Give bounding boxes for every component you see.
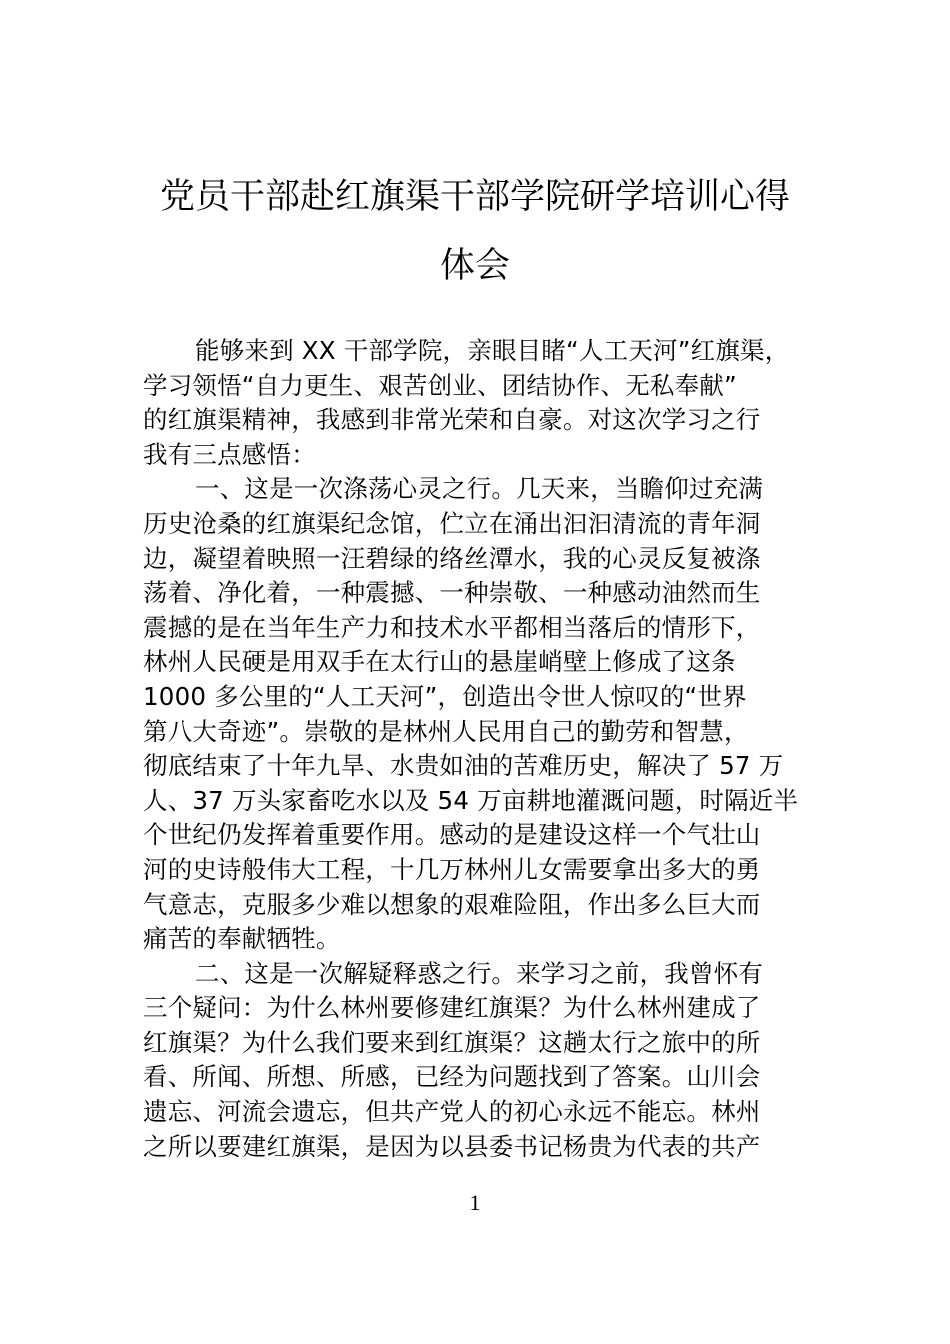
body-text-line: 气意志，克服多少难以想象的艰难险阻，作出多么巨大而 — [143, 888, 823, 923]
body-text-line: 看、所闻、所想、所感，已经为问题找到了答案。山川会 — [143, 1060, 823, 1095]
body-text-line: 历史沧桑的红旗渠纪念馆，伫立在涌出汩汩清流的青年洞 — [143, 507, 823, 542]
page-number: 1 — [0, 1188, 950, 1218]
body-text-line: 荡着、净化着，一种震撼、一种崇敬、一种感动油然而生 — [143, 576, 823, 611]
body-text-line: 边，凝望着映照一汪碧绿的络丝潭水，我的心灵反复被涤 — [143, 542, 823, 577]
body-text-line: 学习领悟“自力更生、艰苦创业、团结协作、无私奉献” — [143, 369, 823, 404]
body-text-line: 人、37 万头家畜吃水以及 54 万亩耕地灌溉问题，时隔近半 — [143, 784, 823, 819]
document-title-line-1: 党员干部赴红旗渠干部学院研学培训心得 — [0, 175, 950, 219]
body-text-line: 林州人民硬是用双手在太行山的悬崖峭壁上修成了这条 — [143, 645, 823, 680]
body-text-line: 三个疑问：为什么林州要修建红旗渠？为什么林州建成了 — [143, 991, 823, 1026]
body-text-line: 二、这是一次解疑释惑之行。来学习之前，我曾怀有 — [143, 957, 823, 992]
body-text-line: 第八大奇迹”。崇敬的是林州人民用自己的勤劳和智慧， — [143, 715, 823, 750]
body-text-line: 1000 多公里的“人工天河”，创造出令世人惊叹的“世界 — [143, 680, 823, 715]
body-text-line: 我有三点感悟： — [143, 438, 823, 473]
document-body: 能够来到 XX 干部学院，亲眼目睹“人工天河”红旗渠，学习领悟“自力更生、艰苦创… — [143, 334, 823, 1164]
document-page: 党员干部赴红旗渠干部学院研学培训心得 体会 能够来到 XX 干部学院，亲眼目睹“… — [0, 0, 950, 1344]
body-text-line: 震撼的是在当年生产力和技术水平都相当落后的情形下， — [143, 611, 823, 646]
body-text-line: 一、这是一次涤荡心灵之行。几天来，当瞻仰过充满 — [143, 472, 823, 507]
body-text-line: 红旗渠？为什么我们要来到红旗渠？这趟太行之旅中的所 — [143, 1026, 823, 1061]
document-title-line-2: 体会 — [0, 244, 950, 288]
body-text-line: 痛苦的奉献牺牲。 — [143, 922, 823, 957]
body-text-line: 能够来到 XX 干部学院，亲眼目睹“人工天河”红旗渠， — [143, 334, 823, 369]
body-text-line: 之所以要建红旗渠，是因为以县委书记杨贵为代表的共产 — [143, 1130, 823, 1165]
body-text-line: 河的史诗般伟大工程，十几万林州儿女需要拿出多大的勇 — [143, 853, 823, 888]
body-text-line: 遗忘、河流会遗忘，但共产党人的初心永远不能忘。林州 — [143, 1095, 823, 1130]
body-text-line: 彻底结束了十年九旱、水贵如油的苦难历史，解决了 57 万 — [143, 749, 823, 784]
body-text-line: 的红旗渠精神，我感到非常光荣和自豪。对这次学习之行 — [143, 403, 823, 438]
body-text-line: 个世纪仍发挥着重要作用。感动的是建设这样一个气壮山 — [143, 818, 823, 853]
